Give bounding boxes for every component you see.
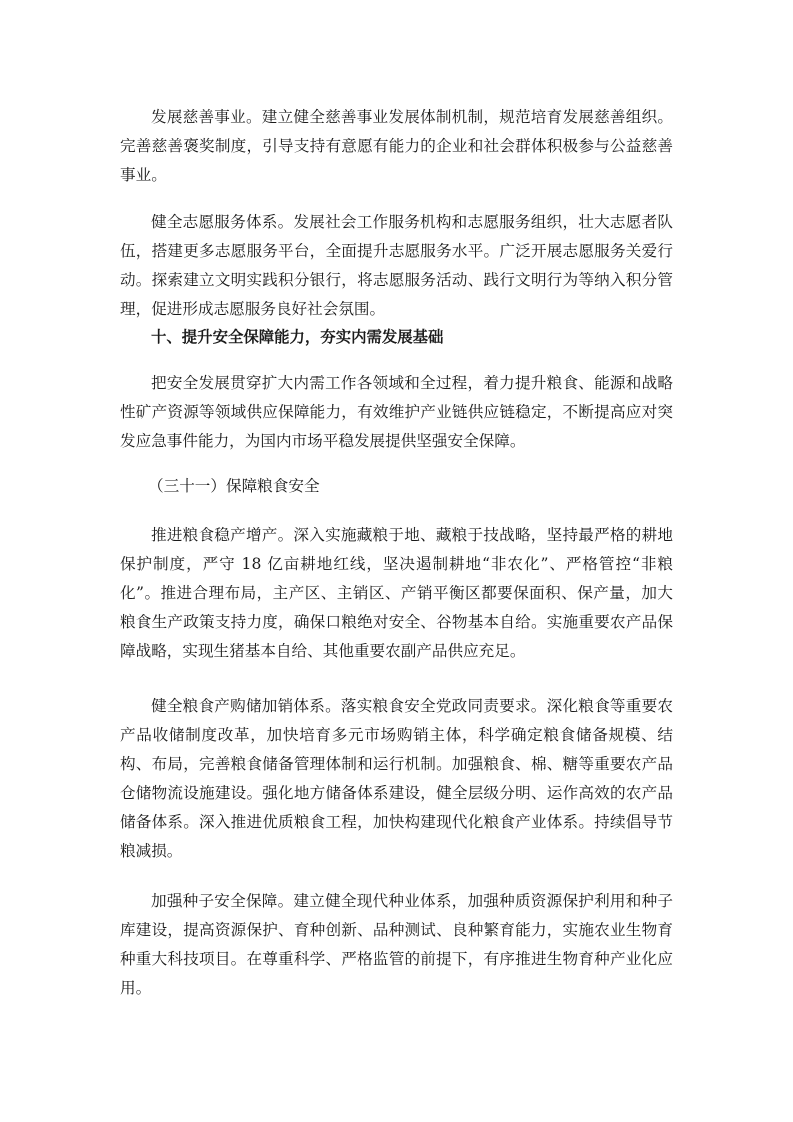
section-heading: 十、提升安全保障能力，夯实内需发展基础 — [120, 323, 673, 352]
paragraph-charity: 发展慈善事业。建立健全慈善事业发展体制机制，规范培育发展慈善组织。完善慈善褒奖制… — [120, 103, 673, 190]
paragraph-grain-storage: 健全粮食产购储加销体系。落实粮食安全党政同责要求。深化粮食等重要农产品收储制度改… — [120, 692, 673, 866]
paragraph-volunteer-service: 健全志愿服务体系。发展社会工作服务机构和志愿服务组织，壮大志愿者队伍，搭建更多志… — [120, 208, 673, 324]
section-intro: 把安全发展贯穿扩大内需工作各领域和全过程，着力提升粮食、能源和战略性矿产资源等领… — [120, 369, 673, 456]
paragraph-grain-production: 推进粮食稳产增产。深入实施藏粮于地、藏粮于技战略，坚持最严格的耕地保护制度，严守… — [120, 521, 673, 666]
subsection-heading: （三十一）保障粮食安全 — [120, 472, 673, 501]
paragraph-seed-security: 加强种子安全保障。建立健全现代种业体系，加强种质资源保护利用和种子库建设，提高资… — [120, 887, 673, 1003]
document-page: 发展慈善事业。建立健全慈善事业发展体制机制，规范培育发展慈善组织。完善慈善褒奖制… — [0, 0, 793, 1122]
